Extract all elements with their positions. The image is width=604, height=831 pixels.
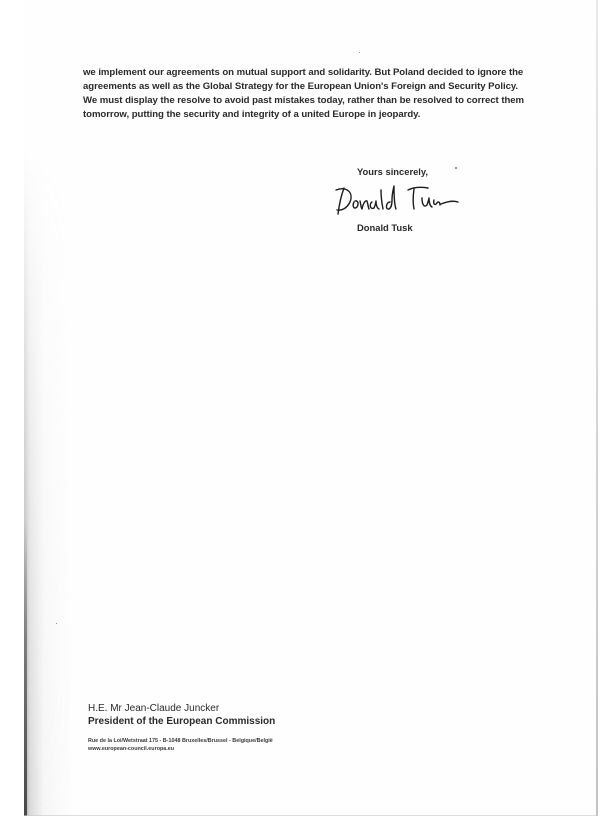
- footer-website: www.european-council.europa.eu: [88, 745, 273, 753]
- signature-icon: [332, 180, 462, 220]
- recipient-title: President of the European Commission: [88, 715, 275, 728]
- body-line: we implement our agreements on mutual su…: [83, 66, 523, 80]
- closing-salutation: Yours sincerely,: [357, 166, 428, 177]
- page-right-edge: [596, 0, 598, 816]
- body-line: We must display the resolve to avoid pas…: [83, 94, 523, 108]
- footer-address-block: Rue de la Loi/Wetstraat 175 - B-1048 Bru…: [88, 737, 273, 753]
- letter-body: we implement our agreements on mutual su…: [83, 66, 523, 122]
- signer-name: Donald Tusk: [357, 222, 413, 233]
- scan-shadow: [24, 150, 74, 816]
- letter-page: [24, 0, 598, 816]
- scan-speck: [56, 623, 57, 624]
- body-line: agreements as well as the Global Strateg…: [83, 80, 523, 94]
- footer-address: Rue de la Loi/Wetstraat 175 - B-1048 Bru…: [88, 737, 273, 745]
- page-bottom-edge: [24, 815, 598, 816]
- recipient-name: H.E. Mr Jean-Claude Juncker: [88, 702, 275, 715]
- scan-speck: [359, 52, 360, 53]
- page-left-edge: [24, 520, 27, 816]
- body-line: tomorrow, putting the security and integ…: [83, 108, 523, 122]
- scan-speck: [455, 167, 457, 169]
- recipient-block: H.E. Mr Jean-Claude Juncker President of…: [88, 702, 275, 728]
